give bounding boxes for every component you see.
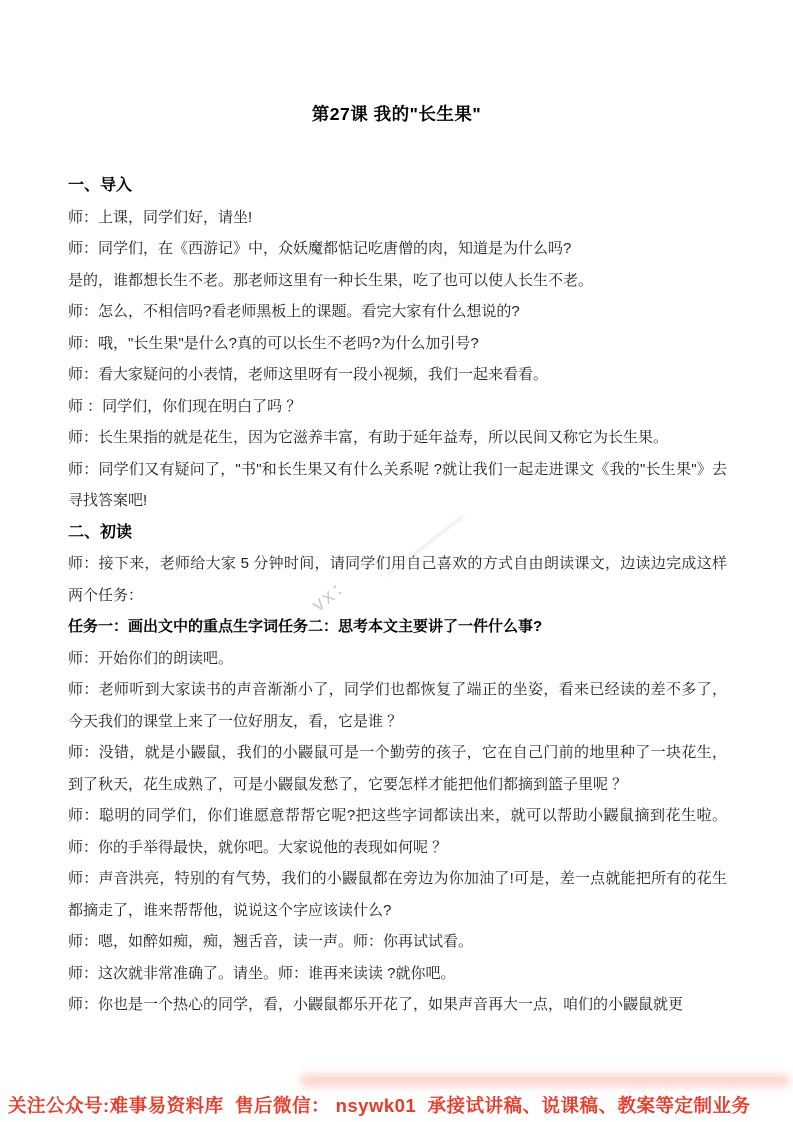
script-line: 师：开始你们的朗读吧。: [68, 643, 727, 675]
section-heading-intro: 一、导入: [68, 170, 727, 202]
script-line: 是的，谁都想长生不老。那老师这里有一种长生果，吃了也可以使人长生不老。: [68, 265, 727, 297]
task-list-line: 任务一：画出文中的重点生字词任务二：思考本文主要讲了一件什么事?: [68, 611, 727, 643]
footer-ad-text: 关注公众号:难事易资料库 售后微信： nsywk01 承接试讲稿、说课稿、教案等…: [8, 1092, 793, 1118]
script-line: 师：长生果指的就是花生，因为它滋养丰富，有助于延年益寿，所以民间又称它为长生果。: [68, 422, 727, 454]
script-line: 师：同学们，在《西游记》中，众妖魔都惦记吃唐僧的肉，知道是为什么吗?: [68, 233, 727, 265]
section-heading-reading: 二、初读: [68, 517, 727, 549]
script-line: 师：哦，"长生果"是什么?真的可以长生不老吗?为什么加引号?: [68, 328, 727, 360]
script-line: 师：怎么，不相信吗?看老师黑板上的课题。看完大家有什么想说的?: [68, 296, 727, 328]
lesson-title: 第27课 我的"长生果": [0, 101, 793, 126]
script-line: 师：这次就非常准确了。请坐。师：谁再来读读 ?就你吧。: [68, 958, 727, 990]
script-line: 师：同学们又有疑问了，"书"和长生果又有什么关系呢 ?就让我们一起走进课文《我的…: [68, 454, 727, 517]
document-page: 第27课 我的"长生果" 一、导入 师：上课，同学们好，请坐! 师：同学们，在《…: [0, 0, 793, 1122]
script-line: 师：看大家疑问的小表情，老师这里呀有一段小视频，我们一起来看看。: [68, 359, 727, 391]
footer-red-smudge: [300, 1074, 790, 1087]
script-line: 师：你也是一个热心的同学，看，小鼹鼠都乐开花了，如果声音再大一点，咱们的小鼹鼠就…: [68, 989, 727, 1021]
script-line: 师：聪明的同学们，你们谁愿意帮帮它呢?把这些字词都读出来，就可以帮助小鼹鼠摘到花…: [68, 800, 727, 863]
script-line: 师：老师听到大家读书的声音渐渐小了，同学们也都恢复了端正的坐姿，看来已经读的差不…: [68, 674, 727, 737]
script-line: 师：上课，同学们好，请坐!: [68, 202, 727, 234]
script-line: 师：声音洪亮，特别的有气势，我们的小鼹鼠都在旁边为你加油了!可是，差一点就能把所…: [68, 863, 727, 926]
script-line: 师 ：同学们，你们现在明白了吗 ？: [68, 391, 727, 423]
script-line: 师：没错，就是小鼹鼠，我们的小鼹鼠可是一个勤劳的孩子，它在自己门前的地里种了一块…: [68, 737, 727, 800]
lesson-script-body: 一、导入 师：上课，同学们好，请坐! 师：同学们，在《西游记》中，众妖魔都惦记吃…: [68, 170, 727, 1021]
script-line: 师：嗯，如醉如痴，痴，翘舌音，读一声。师：你再试试看。: [68, 926, 727, 958]
script-line: 师：接下来，老师给大家 5 分钟时间，请同学们用自己喜欢的方式自由朗读课文，边读…: [68, 548, 727, 611]
